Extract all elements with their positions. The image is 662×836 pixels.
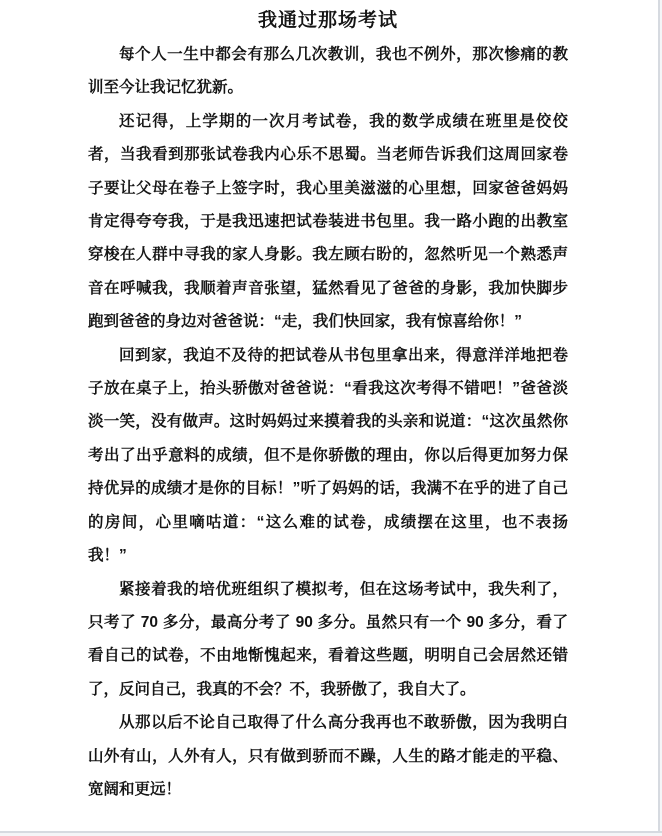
essay-content: 我通过那场考试 每个人一生中都会有那么几次教训，我也不例外，那次惨痛的教训至今让… [88,5,568,806]
essay-paragraph-2: 还记得，上学期的一次月考试卷，我的数学成绩在班里是佼佼者，当我看到那张试卷我内心… [88,105,568,339]
window-bottom-edge-line [0,831,662,833]
essay-paragraph-4: 紧接着我的培优班组织了模拟考，但在这场考试中，我失利了，只考了 70 多分，最高… [88,573,568,707]
essay-paragraph-3: 回到家，我迫不及待的把试卷从书包里拿出来，得意洋洋地把卷子放在桌子上，抬头骄傲对… [88,339,568,573]
essay-paragraph-5: 从那以后不论自己取得了什么高分我再也不敢骄傲，因为我明白山外有山，人外有人，只有… [88,706,568,806]
document-page: 我通过那场考试 每个人一生中都会有那么几次教训，我也不例外，那次惨痛的教训至今让… [0,0,662,836]
essay-paragraph-1: 每个人一生中都会有那么几次教训，我也不例外，那次惨痛的教训至今让我记忆犹新。 [88,38,568,105]
essay-title: 我通过那场考试 [88,5,568,36]
essay-body: 每个人一生中都会有那么几次教训，我也不例外，那次惨痛的教训至今让我记忆犹新。 还… [88,38,568,806]
window-right-edge-line [658,0,660,836]
